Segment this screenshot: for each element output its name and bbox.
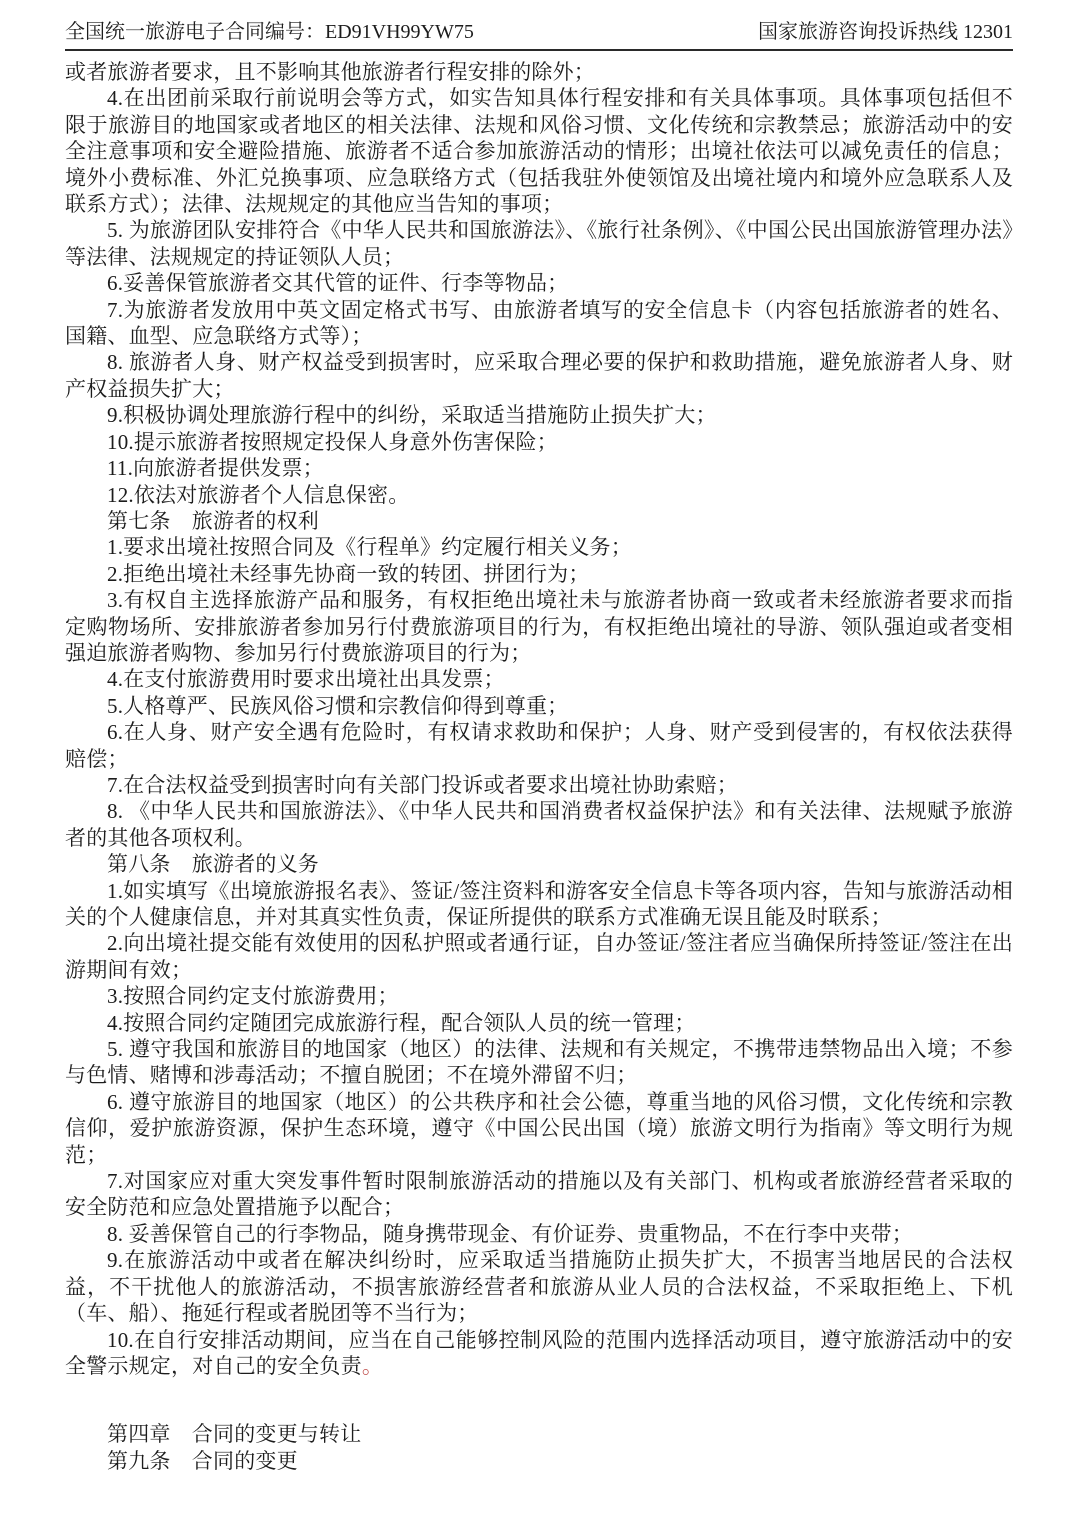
paragraph: 5.人格尊严、民族风俗习惯和宗教信仰得到尊重； xyxy=(65,693,1013,719)
contract-page: 全国统一旅游电子合同编号：ED91VH99YW75 国家旅游咨询投诉热线 123… xyxy=(0,0,1079,1514)
paragraph-text: 5.人格尊严、民族风俗习惯和宗教信仰得到尊重； xyxy=(107,694,568,718)
paragraph-text: 5. 为旅游团队安排符合《中华人民共和国旅游法》、《旅行社条例》、《中国公民出国… xyxy=(65,218,1013,268)
paragraph: 7.为旅游者发放用中英文固定格式书写、由旅游者填写的安全信息卡（内容包括旅游者的… xyxy=(65,297,1013,350)
paragraph-text: 7.为旅游者发放用中英文固定格式书写、由旅游者填写的安全信息卡（内容包括旅游者的… xyxy=(65,298,1013,348)
paragraph-text: 1.要求出境社按照合同及《行程单》约定履行相关义务； xyxy=(107,535,632,559)
paragraph-text: 第四章 合同的变更与转让 xyxy=(107,1422,361,1446)
paragraph: 或者旅游者要求，且不影响其他旅游者行程安排的除外； xyxy=(65,59,1013,85)
paragraph-text: 12.依法对旅游者个人信息保密。 xyxy=(107,483,409,507)
paragraph-text: 2.向出境社提交能有效使用的因私护照或者通行证，自办签证/签注者应当确保所持签证… xyxy=(65,931,1013,981)
contract-number: 全国统一旅游电子合同编号：ED91VH99YW75 xyxy=(65,20,474,44)
header-rule xyxy=(65,49,1013,51)
paragraph: 6.妥善保管旅游者交其代管的证件、行李等物品； xyxy=(65,270,1013,296)
paragraph-text: 3.有权自主选择旅游产品和服务，有权拒绝出境社未与旅游者协商一致或者未经旅游者要… xyxy=(65,588,1013,665)
paragraph-text: 3.按照合同约定支付旅游费用； xyxy=(107,984,399,1008)
paragraph-text: 4.在支付旅游费用时要求出境社出具发票； xyxy=(107,667,505,691)
paragraph: 1.如实填写《出境旅游报名表》、签证/签注资料和游客安全信息卡等各项内容，告知与… xyxy=(65,878,1013,931)
paragraph: 9.在旅游活动中或者在解决纠纷时，应采取适当措施防止损失扩大，不损害当地居民的合… xyxy=(65,1247,1013,1326)
paragraph-text: 7.在合法权益受到损害时向有关部门投诉或者要求出境社协助索赔； xyxy=(107,773,738,797)
paragraph-text: 2.拒绝出境社未经事先协商一致的转团、拼团行为； xyxy=(107,562,590,586)
paragraph: 第八条 旅游者的义务 xyxy=(65,851,1013,877)
paragraph-spacer xyxy=(65,1379,1013,1421)
paragraph: 7.在合法权益受到损害时向有关部门投诉或者要求出境社协助索赔； xyxy=(65,772,1013,798)
paragraph: 8. 妥善保管自己的行李物品，随身携带现金、有价证券、贵重物品，不在行李中夹带； xyxy=(65,1221,1013,1247)
paragraph: 2.向出境社提交能有效使用的因私护照或者通行证，自办签证/签注者应当确保所持签证… xyxy=(65,930,1013,983)
paragraph: 第四章 合同的变更与转让 xyxy=(65,1421,1013,1447)
paragraph-text: 4.在出团前采取行前说明会等方式，如实告知具体行程安排和有关具体事项。具体事项包… xyxy=(65,86,1013,216)
paragraph-text: 9.积极协调处理旅游行程中的纠纷，采取适当措施防止损失扩大； xyxy=(107,403,717,427)
paragraph-text: 8. 妥善保管自己的行李物品，随身携带现金、有价证券、贵重物品，不在行李中夹带； xyxy=(107,1222,913,1246)
paragraph: 5. 为旅游团队安排符合《中华人民共和国旅游法》、《旅行社条例》、《中国公民出国… xyxy=(65,217,1013,270)
paragraph: 2.拒绝出境社未经事先协商一致的转团、拼团行为； xyxy=(65,561,1013,587)
paragraph-text: 6.在人身、财产安全遇有危险时，有权请求救助和保护；人身、财产受到侵害的，有权依… xyxy=(65,720,1013,770)
paragraph: 3.按照合同约定支付旅游费用； xyxy=(65,983,1013,1009)
paragraph-text: 10.在自行安排活动期间，应当在自己能够控制风险的范围内选择活动项目，遵守旅游活… xyxy=(65,1328,1013,1378)
paragraph-text: 4.按照合同约定随团完成旅游行程，配合领队人员的统一管理； xyxy=(107,1011,696,1035)
paragraph-text: 1.如实填写《出境旅游报名表》、签证/签注资料和游客安全信息卡等各项内容，告知与… xyxy=(65,879,1013,929)
paragraph: 6.在人身、财产安全遇有危险时，有权请求救助和保护；人身、财产受到侵害的，有权依… xyxy=(65,719,1013,772)
paragraph: 4.在支付旅游费用时要求出境社出具发票； xyxy=(65,666,1013,692)
paragraph: 8. 《中华人民共和国旅游法》、《中华人民共和国消费者权益保护法》和有关法律、法… xyxy=(65,798,1013,851)
red-period: 。 xyxy=(362,1354,383,1378)
paragraph: 第九条 合同的变更 xyxy=(65,1448,1013,1474)
paragraph-text: 或者旅游者要求，且不影响其他旅游者行程安排的除外； xyxy=(65,60,595,84)
paragraph-text: 第八条 旅游者的义务 xyxy=(107,852,319,876)
paragraph: 12.依法对旅游者个人信息保密。 xyxy=(65,482,1013,508)
paragraph: 3.有权自主选择旅游产品和服务，有权拒绝出境社未与旅游者协商一致或者未经旅游者要… xyxy=(65,587,1013,666)
paragraph-text: 8. 旅游者人身、财产权益受到损害时，应采取合理必要的保护和救助措施，避免旅游者… xyxy=(65,350,1013,400)
paragraph: 10.在自行安排活动期间，应当在自己能够控制风险的范围内选择活动项目，遵守旅游活… xyxy=(65,1327,1013,1380)
paragraph: 10.提示旅游者按照规定投保人身意外伤害保险； xyxy=(65,429,1013,455)
paragraph-text: 10.提示旅游者按照规定投保人身意外伤害保险； xyxy=(107,430,558,454)
paragraph: 第七条 旅游者的权利 xyxy=(65,508,1013,534)
paragraph: 8. 旅游者人身、财产权益受到损害时，应采取合理必要的保护和救助措施，避免旅游者… xyxy=(65,349,1013,402)
paragraph-text: 9.在旅游活动中或者在解决纠纷时，应采取适当措施防止损失扩大，不损害当地居民的合… xyxy=(65,1248,1013,1325)
paragraph: 6. 遵守旅游目的地国家（地区）的公共秩序和社会公德，尊重当地的风俗习惯，文化传… xyxy=(65,1089,1013,1168)
paragraph: 1.要求出境社按照合同及《行程单》约定履行相关义务； xyxy=(65,534,1013,560)
paragraph-text: 5. 遵守我国和旅游目的地国家（地区）的法律、法规和有关规定，不携带违禁物品出入… xyxy=(65,1037,1013,1087)
paragraph: 7.对国家应对重大突发事件暂时限制旅游活动的措施以及有关部门、机构或者旅游经营者… xyxy=(65,1168,1013,1221)
paragraph-text: 11.向旅游者提供发票； xyxy=(107,456,324,480)
paragraph: 4.在出团前采取行前说明会等方式，如实告知具体行程安排和有关具体事项。具体事项包… xyxy=(65,85,1013,217)
paragraph: 9.积极协调处理旅游行程中的纠纷，采取适当措施防止损失扩大； xyxy=(65,402,1013,428)
document-body: 或者旅游者要求，且不影响其他旅游者行程安排的除外；4.在出团前采取行前说明会等方… xyxy=(65,59,1013,1474)
paragraph-text: 第七条 旅游者的权利 xyxy=(107,509,319,533)
page-header: 全国统一旅游电子合同编号：ED91VH99YW75 国家旅游咨询投诉热线 123… xyxy=(65,20,1013,44)
paragraph-text: 7.对国家应对重大突发事件暂时限制旅游活动的措施以及有关部门、机构或者旅游经营者… xyxy=(65,1169,1013,1219)
paragraph-text: 6. 遵守旅游目的地国家（地区）的公共秩序和社会公德，尊重当地的风俗习惯，文化传… xyxy=(65,1090,1013,1167)
paragraph-text: 第九条 合同的变更 xyxy=(107,1449,298,1473)
complaint-hotline: 国家旅游咨询投诉热线 12301 xyxy=(758,20,1013,44)
paragraph-text: 6.妥善保管旅游者交其代管的证件、行李等物品； xyxy=(107,271,568,295)
paragraph-text: 8. 《中华人民共和国旅游法》、《中华人民共和国消费者权益保护法》和有关法律、法… xyxy=(65,799,1013,849)
paragraph: 5. 遵守我国和旅游目的地国家（地区）的法律、法规和有关规定，不携带违禁物品出入… xyxy=(65,1036,1013,1089)
paragraph: 4.按照合同约定随团完成旅游行程，配合领队人员的统一管理； xyxy=(65,1010,1013,1036)
paragraph: 11.向旅游者提供发票； xyxy=(65,455,1013,481)
